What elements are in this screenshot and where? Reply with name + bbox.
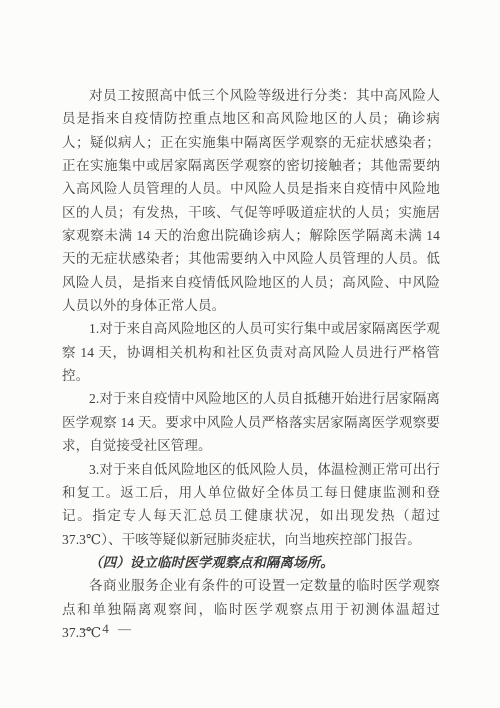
paragraph-item-1-high-risk: 1.对于来自高风险地区的人员可实行集中或居家隔离医学观察 14 天，协调相关机构… bbox=[62, 317, 440, 387]
paragraph-item-2-medium-risk: 2.对于来自疫情中风险地区的人员自抵穗开始进行居家隔离医学观察 14 天。要求中… bbox=[62, 387, 440, 457]
paragraph-risk-classification: 对员工按照高中低三个风险等级进行分类：其中高风险人员是指来自疫情防控重点地区和高… bbox=[62, 84, 440, 317]
document-page: 对员工按照高中低三个风险等级进行分类：其中高风险人员是指来自疫情防控重点地区和高… bbox=[0, 0, 500, 708]
document-body: 对员工按照高中低三个风险等级进行分类：其中高风险人员是指来自疫情防控重点地区和高… bbox=[62, 84, 440, 644]
section-heading-observation-points: （四）设立临时医学观察点和隔离场所。 bbox=[62, 551, 440, 574]
page-number: — 4 — bbox=[80, 620, 134, 638]
paragraph-item-3-low-risk: 3.对于来自低风险地区的低风险人员，体温检测正常可出行和复工。返工后，用人单位做… bbox=[62, 458, 440, 551]
